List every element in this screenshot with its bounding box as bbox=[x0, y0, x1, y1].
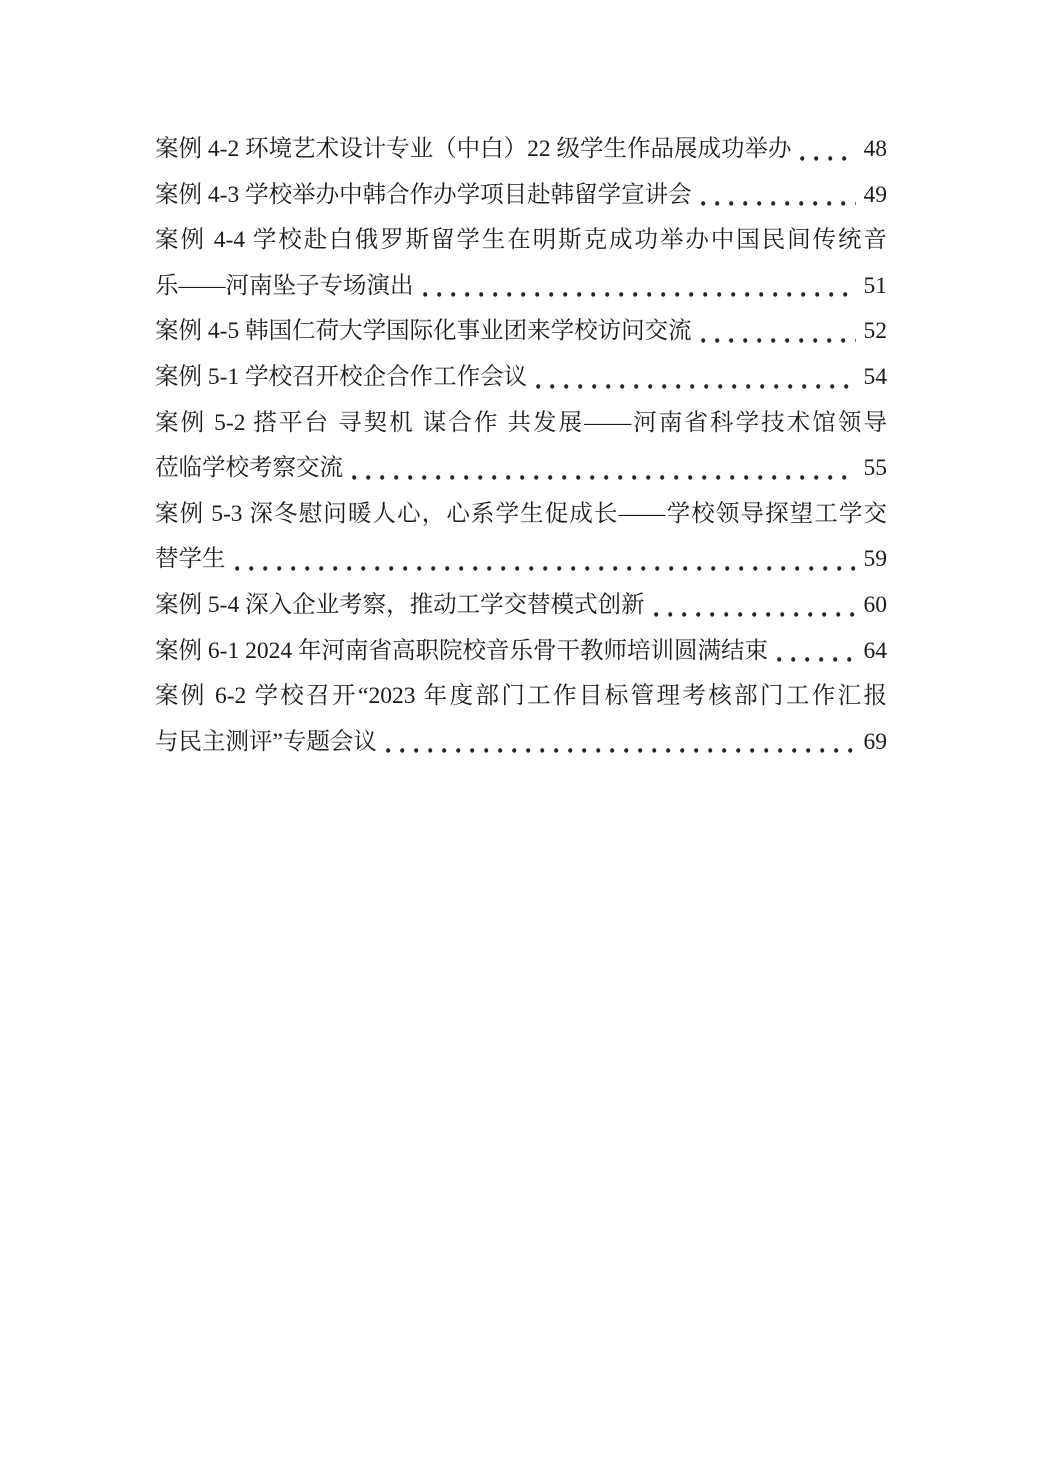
dot-leader bbox=[654, 583, 856, 629]
toc-page-number: 69 bbox=[860, 720, 887, 766]
toc-line: 案例 5-2 搭平台 寻契机 谋合作 共发展——河南省科学技术馆领导 bbox=[155, 401, 887, 447]
toc-page-number: 52 bbox=[860, 309, 887, 355]
toc-page-number: 49 bbox=[860, 173, 887, 219]
toc-entry-text: 案例 5-3 深冬慰问暖人心，心系学生促成长——学校领导探望工学交 bbox=[155, 501, 887, 527]
toc-line: 莅临学校考察交流55 bbox=[155, 446, 887, 492]
toc-line: 案例 4-2 环境艺术设计专业（中白）22 级学生作品展成功举办48 bbox=[155, 127, 887, 173]
toc-entry-text: 案例 5-2 搭平台 寻契机 谋合作 共发展——河南省科学技术馆领导 bbox=[155, 410, 887, 436]
toc-entry-text: 乐——河南坠子专场演出 bbox=[155, 264, 414, 310]
toc-entry-text: 案例 4-4 学校赴白俄罗斯留学生在明斯克成功举办中国民间传统音 bbox=[155, 227, 887, 253]
dot-leader bbox=[352, 446, 856, 492]
toc-entry-text: 案例 5-4 深入企业考察，推动工学交替模式创新 bbox=[155, 583, 645, 629]
toc-line: 案例 6-2 学校召开“2023 年度部门工作目标管理考核部门工作汇报 bbox=[155, 674, 887, 720]
toc-line: 案例 5-4 深入企业考察，推动工学交替模式创新60 bbox=[155, 583, 887, 629]
toc-entry-text: 案例 6-1 2024 年河南省高职院校音乐骨干教师培训圆满结束 bbox=[155, 629, 768, 675]
document-page: 案例 4-2 环境艺术设计专业（中白）22 级学生作品展成功举办48案例 4-3… bbox=[0, 0, 1041, 1472]
dot-leader bbox=[800, 127, 856, 173]
toc-page-number: 54 bbox=[860, 355, 887, 401]
toc-line: 案例 4-3 学校举办中韩合作办学项目赴韩留学宣讲会49 bbox=[155, 173, 887, 219]
toc-line: 替学生59 bbox=[155, 537, 887, 583]
toc-page-number: 48 bbox=[860, 127, 887, 173]
toc-line: 与民主测评”专题会议69 bbox=[155, 720, 887, 766]
toc-line: 乐——河南坠子专场演出51 bbox=[155, 264, 887, 310]
toc-entry-text: 与民主测评”专题会议 bbox=[155, 720, 377, 766]
toc-page-number: 55 bbox=[860, 446, 887, 492]
dot-leader bbox=[536, 355, 856, 401]
toc-page-number: 60 bbox=[860, 583, 887, 629]
toc-line: 案例 5-1 学校召开校企合作工作会议54 bbox=[155, 355, 887, 401]
dot-leader bbox=[386, 720, 856, 766]
toc-entry-text: 案例 4-3 学校举办中韩合作办学项目赴韩留学宣讲会 bbox=[155, 173, 692, 219]
dot-leader bbox=[701, 173, 856, 219]
dot-leader bbox=[235, 537, 857, 583]
toc-line: 案例 4-5 韩国仁荷大学国际化事业团来学校访问交流52 bbox=[155, 309, 887, 355]
toc-entry-text: 莅临学校考察交流 bbox=[155, 446, 343, 492]
toc-entry-text: 案例 4-5 韩国仁荷大学国际化事业团来学校访问交流 bbox=[155, 309, 692, 355]
toc-page-number: 59 bbox=[860, 537, 887, 583]
toc-line: 案例 4-4 学校赴白俄罗斯留学生在明斯克成功举办中国民间传统音 bbox=[155, 218, 887, 264]
toc-page-number: 64 bbox=[860, 629, 887, 675]
toc-page-number: 51 bbox=[860, 264, 887, 310]
toc-line: 案例 6-1 2024 年河南省高职院校音乐骨干教师培训圆满结束64 bbox=[155, 629, 887, 675]
toc-entry-text: 案例 6-2 学校召开“2023 年度部门工作目标管理考核部门工作汇报 bbox=[155, 683, 887, 709]
toc-line: 案例 5-3 深冬慰问暖人心，心系学生促成长——学校领导探望工学交 bbox=[155, 492, 887, 538]
toc-entry-text: 案例 5-1 学校召开校企合作工作会议 bbox=[155, 355, 527, 401]
toc-entry-text: 替学生 bbox=[155, 537, 226, 583]
toc-list: 案例 4-2 环境艺术设计专业（中白）22 级学生作品展成功举办48案例 4-3… bbox=[155, 127, 887, 765]
toc-entry-text: 案例 4-2 环境艺术设计专业（中白）22 级学生作品展成功举办 bbox=[155, 127, 791, 173]
dot-leader bbox=[423, 264, 857, 310]
dot-leader bbox=[777, 629, 856, 675]
dot-leader bbox=[701, 309, 856, 355]
